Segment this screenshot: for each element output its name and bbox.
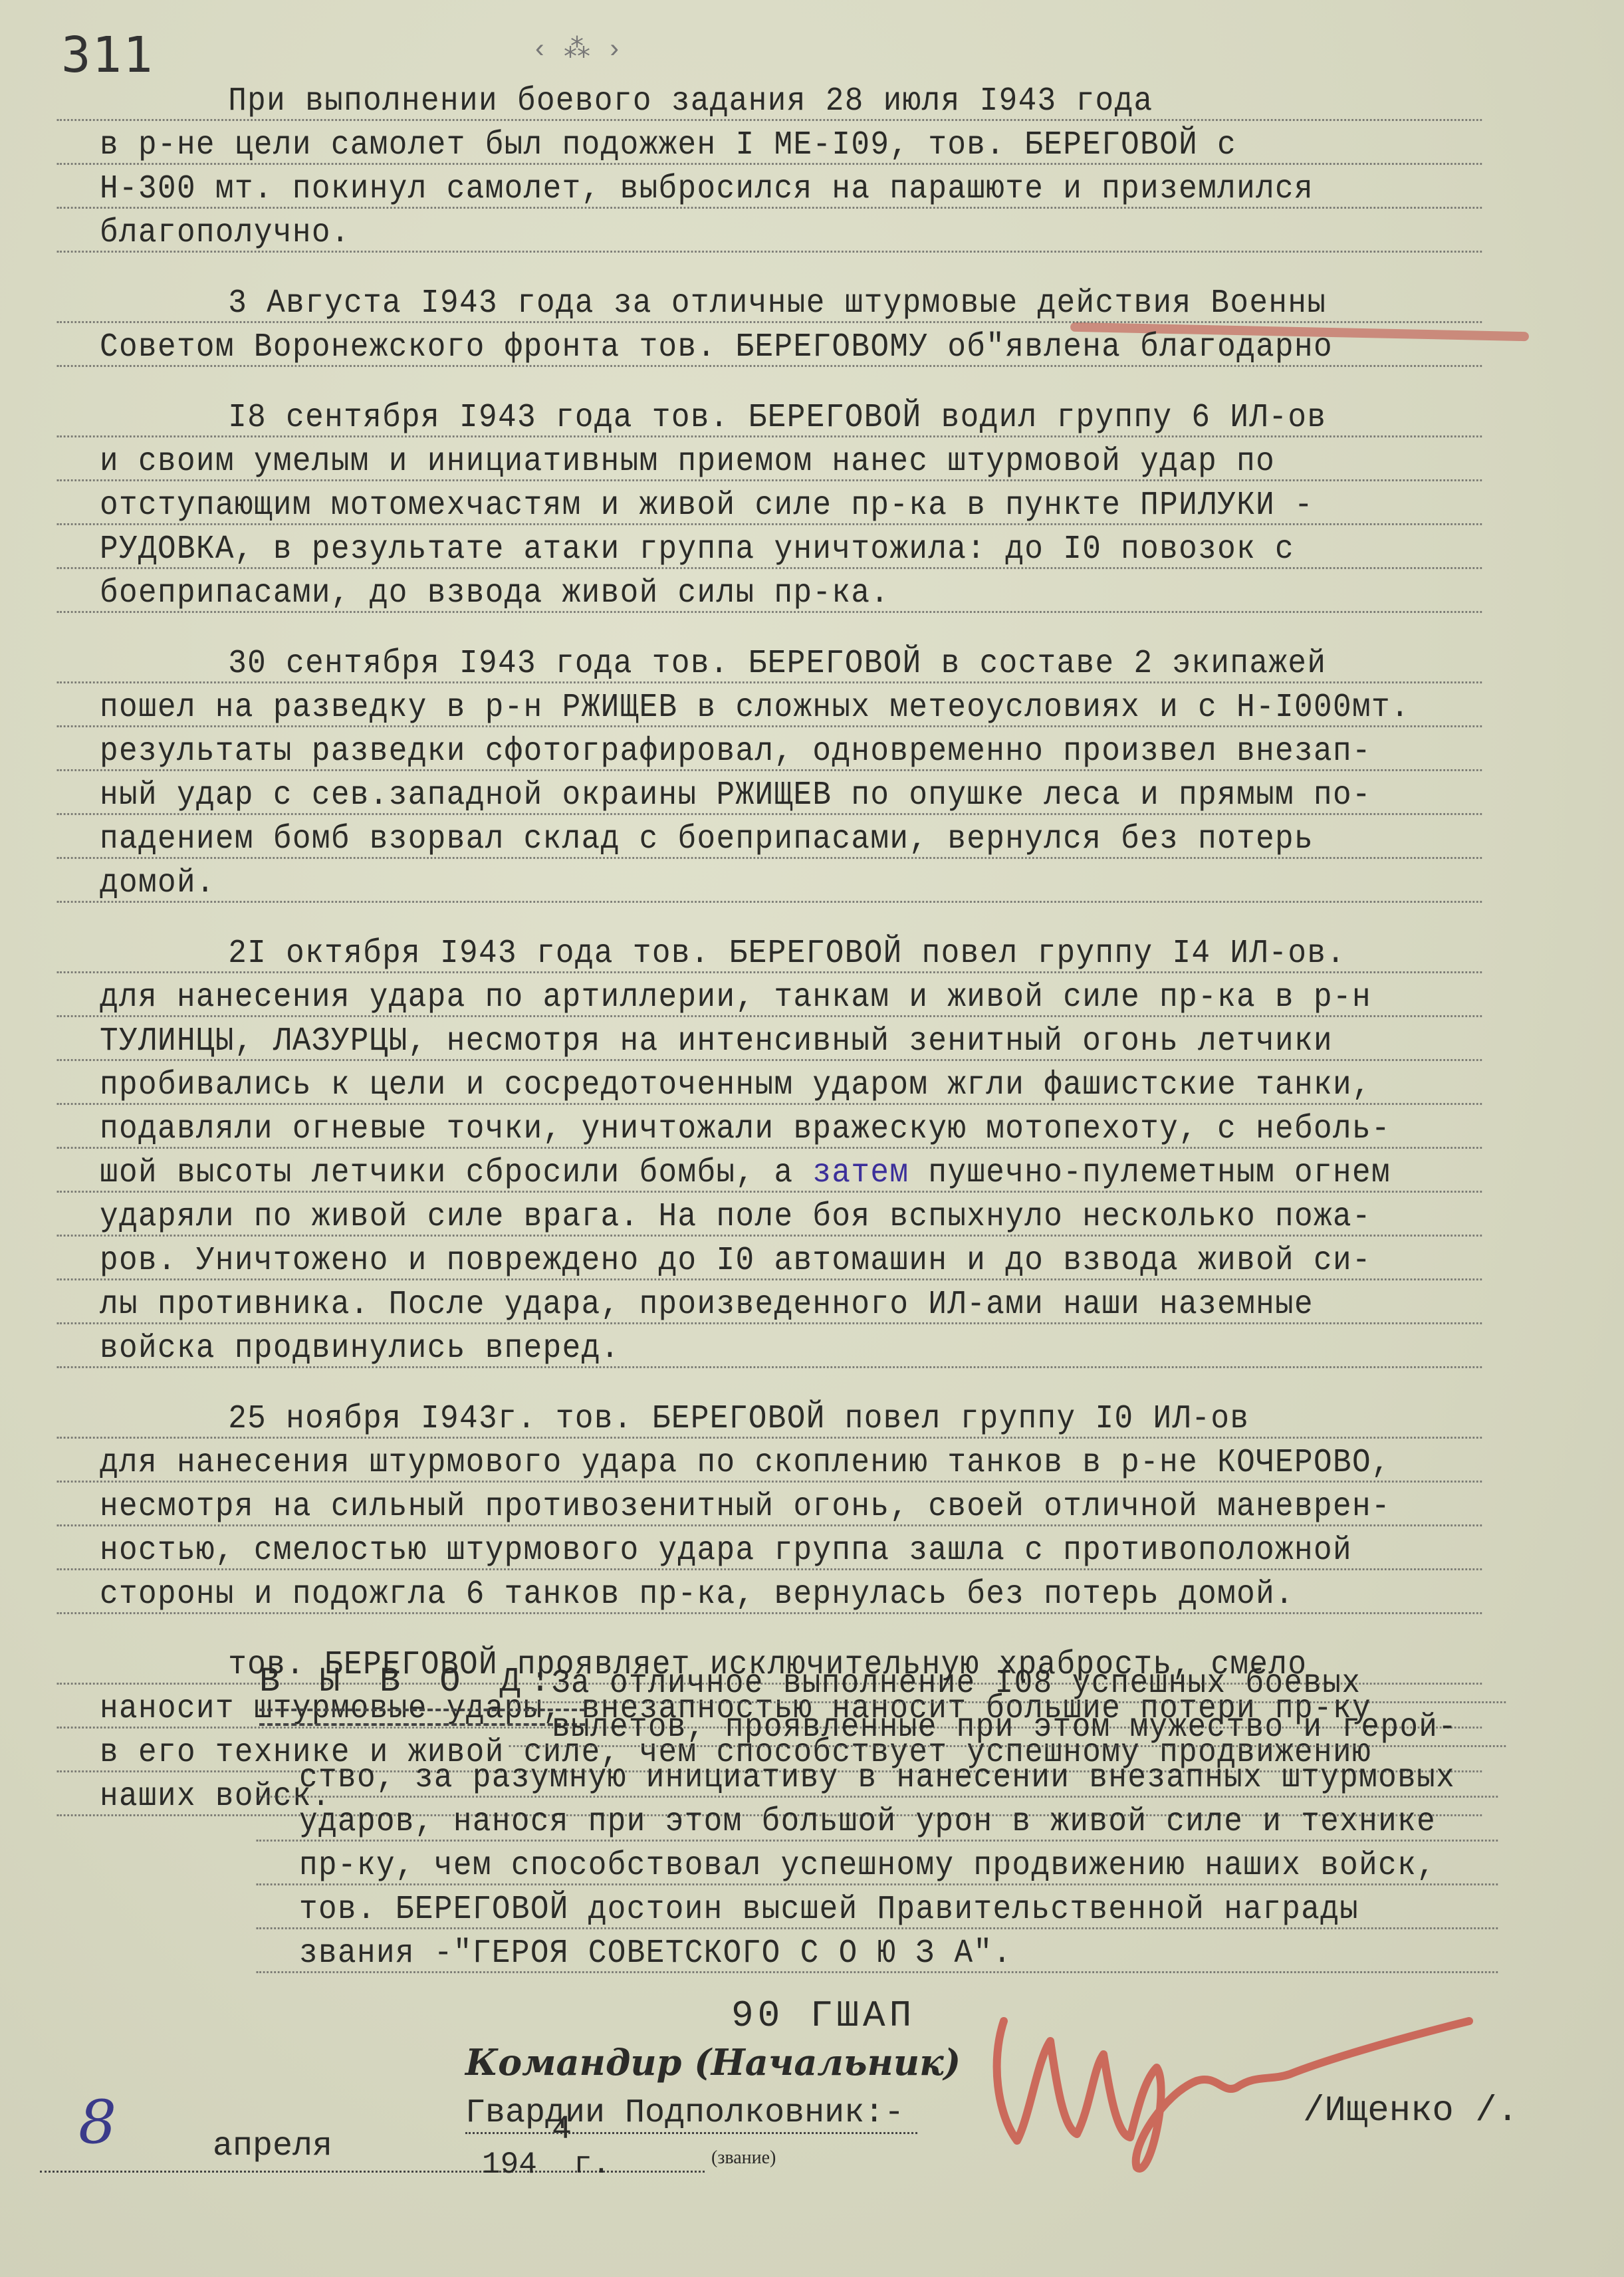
text-line: благополучно. xyxy=(100,211,1445,255)
date-year-prefix: 194 г. xyxy=(482,2147,610,2182)
text-line: ТУЛИНЦЫ, ЛАЗУРЦЫ, несмотря на интенсивны… xyxy=(100,1020,1445,1064)
text-line: ностью, смелостью штурмового удара групп… xyxy=(100,1529,1445,1573)
text-line: Советом Воронежского фронта тов. БЕРЕГОВ… xyxy=(100,326,1445,370)
text-line: пошел на разведку в р-н РЖИЩЕВ в сложных… xyxy=(100,686,1445,730)
text-line: пробивались к цели и сосредоточенным уда… xyxy=(100,1064,1445,1108)
year-suffix: г. xyxy=(574,2147,610,2182)
text-line: I8 сентября I943 года тов. БЕРЕГОВОЙ вод… xyxy=(100,396,1445,440)
text-line: звания -"ГЕРОЯ СОВЕТСКОГО С О Ю З А". xyxy=(299,1932,1461,1976)
text-line: для нанесения штурмового удара по скопле… xyxy=(100,1441,1445,1485)
text-line: ный удар с сев.западной окраины РЖИЩЕВ п… xyxy=(100,774,1445,818)
paragraph: 25 ноября I943г. тов. БЕРЕГОВОЙ повел гр… xyxy=(100,1397,1562,1617)
text-line: вылетов, проявленные при этом мужество и… xyxy=(552,1706,1469,1750)
text-line: и своим умелым и инициативным приемом на… xyxy=(100,440,1445,484)
text-line: падением бомб взорвал склад с боеприпаса… xyxy=(100,818,1445,862)
text-line: боеприпасами, до взвода живой силы пр-ка… xyxy=(100,572,1445,616)
conclusion-label: В Ы В О Д: xyxy=(259,1662,560,1701)
date-month: апреля xyxy=(213,2127,332,2165)
text-line: лы противника. После удара, произведенно… xyxy=(100,1283,1445,1327)
conclusion-label-double-underline xyxy=(259,1709,585,1726)
document-body: При выполнении боевого задания 28 июля I… xyxy=(100,80,1562,1846)
text-line: для нанесения удара по артиллерии, танка… xyxy=(100,976,1445,1020)
text-line: 3 Августа I943 года за отличные штурмовы… xyxy=(100,282,1445,326)
text-line: 30 сентября I943 года тов. БЕРЕГОВОЙ в с… xyxy=(100,642,1445,686)
red-pencil-signature-icon xyxy=(977,1981,1482,2181)
text-line: в р-не цели самолет был подожжен I МЕ-I0… xyxy=(100,124,1445,168)
text-line: ударов, нанося при этом большой урон в ж… xyxy=(299,1800,1461,1844)
text-line: ство, за разумную инициативу в нанесении… xyxy=(299,1756,1461,1800)
handwritten-insert: затем xyxy=(812,1154,909,1192)
text-line: тов. БЕРЕГОВОЙ достоин высшей Правительс… xyxy=(299,1888,1461,1932)
faint-stamp-mark: ‹ ⁂ › xyxy=(532,33,622,66)
rank-field: Гвардии Подполковник:- xyxy=(465,2094,917,2134)
text-line: Н-300 мт. покинул самолет, выбросился на… xyxy=(100,168,1445,211)
year-prefix: 194 xyxy=(482,2147,537,2182)
text-line: несмотря на сильный противозенитный огон… xyxy=(100,1485,1445,1529)
text-line: 25 ноября I943г. тов. БЕРЕГОВОЙ повел гр… xyxy=(100,1397,1445,1441)
text-line: пр-ку, чем способствовал успешному продв… xyxy=(299,1844,1461,1888)
text-line: ров. Уничтожено и повреждено до I0 автом… xyxy=(100,1239,1445,1283)
paragraph: 2I октября I943 года тов. БЕРЕГОВОЙ пове… xyxy=(100,932,1562,1371)
text-line: шой высоты летчики сбросили бомбы, а зат… xyxy=(100,1151,1445,1195)
text-line: результаты разведки сфотографировал, одн… xyxy=(100,730,1445,774)
paragraph: 3 Августа I943 года за отличные штурмовы… xyxy=(100,282,1562,370)
rank-caption: (звание) xyxy=(711,2147,776,2169)
paragraph: I8 сентября I943 года тов. БЕРЕГОВОЙ вод… xyxy=(100,396,1562,616)
commander-title: Командир (Начальник) xyxy=(465,2041,961,2084)
text-line: РУДОВКА, в результате атаки группа уничт… xyxy=(100,528,1445,572)
text-line: отступающим мотомехчастям и живой силе п… xyxy=(100,484,1445,528)
paragraph: При выполнении боевого задания 28 июля I… xyxy=(100,80,1562,255)
text-line: домой. xyxy=(100,862,1445,905)
date-day-handwritten: 8 xyxy=(78,2088,116,2157)
text-line: За отличное выполнение I08 успешных боев… xyxy=(552,1662,1469,1706)
text-line: 2I октября I943 года тов. БЕРЕГОВОЙ пове… xyxy=(100,932,1445,976)
text-line: подавляли огневые точки, уничтожали враж… xyxy=(100,1108,1445,1151)
text-line: войска продвинулись вперед. xyxy=(100,1327,1445,1371)
text-line: При выполнении боевого задания 28 июля I… xyxy=(100,80,1445,124)
signature-block: 90 ГШАП Командир (Начальник) Гвардии Под… xyxy=(0,1994,1624,2274)
conclusion-lines: ство, за разумную инициативу в нанесении… xyxy=(299,1756,1562,1976)
conclusion-first-lines: За отличное выполнение I08 успешных боев… xyxy=(552,1662,1549,1750)
page-number: 311 xyxy=(61,27,154,84)
signer-name: /Ищенко /. xyxy=(1303,2091,1518,2131)
unit-name: 90 ГШАП xyxy=(731,1994,915,2037)
paragraph: 30 сентября I943 года тов. БЕРЕГОВОЙ в с… xyxy=(100,642,1562,905)
text-line: ударяли по живой силе врага. На поле боя… xyxy=(100,1195,1445,1239)
date-year-digit: 4 xyxy=(552,2111,572,2149)
text-line: стороны и подожгла 6 танков пр-ка, верну… xyxy=(100,1573,1445,1617)
